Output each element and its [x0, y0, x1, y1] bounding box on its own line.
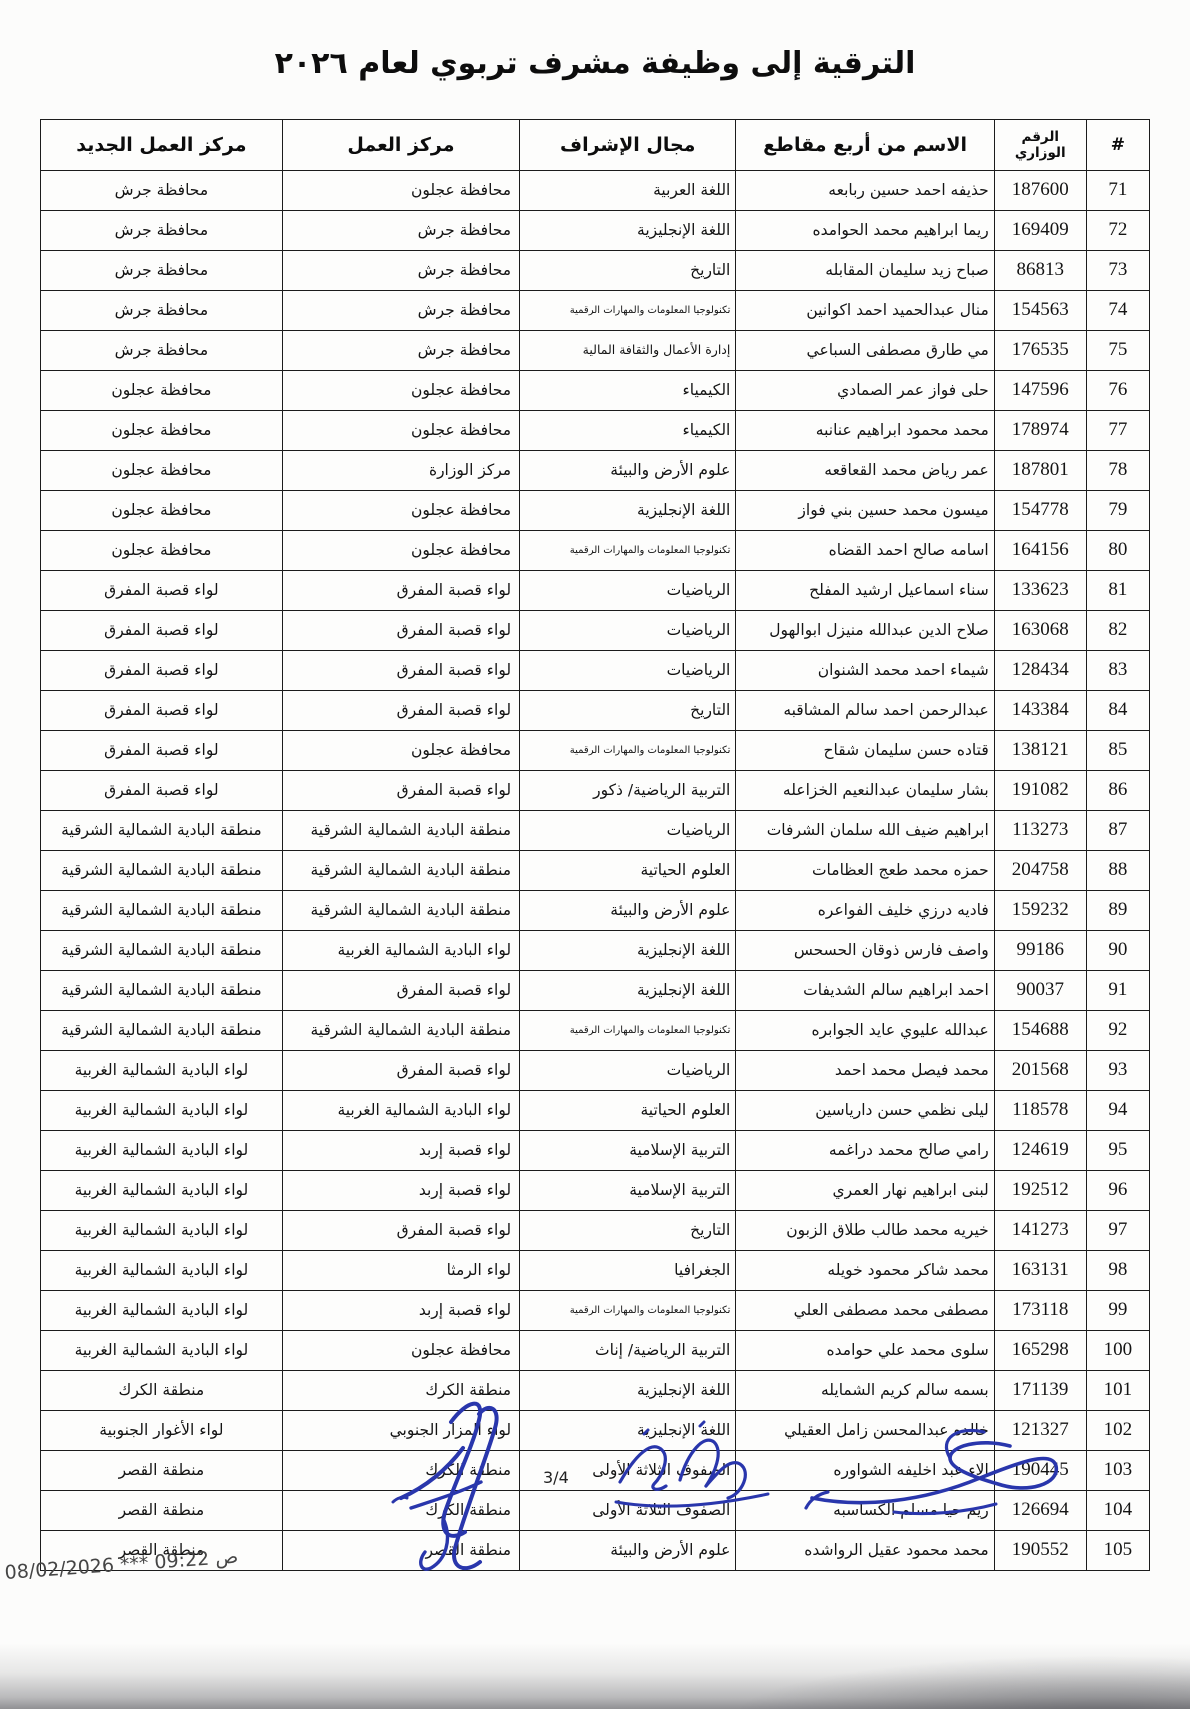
- cell-supervision-field: الرياضيات: [520, 811, 736, 851]
- cell-work-center: منطقة الكرك: [282, 1491, 519, 1531]
- cell-ministry-number: 90037: [994, 971, 1086, 1011]
- cell-work-center: لواء البادية الشمالية الغربية: [282, 931, 519, 971]
- cell-new-work-center: منطقة القصر: [41, 1491, 283, 1531]
- cell-row-number: 89: [1086, 891, 1149, 931]
- cell-ministry-number: 99186: [994, 931, 1086, 971]
- cell-supervision-field: الرياضيات: [520, 571, 736, 611]
- cell-supervision-field: الرياضيات: [520, 611, 736, 651]
- cell-supervision-field: التاريخ: [520, 251, 736, 291]
- table-row: 75 176535 مي طارق مصطفى السباعي إدارة ال…: [41, 331, 1150, 371]
- cell-name: محمد محمود ابراهيم عنانبه: [736, 411, 994, 451]
- table-row: 71 187600 حذيفه احمد حسين ربابعه اللغة ا…: [41, 171, 1150, 211]
- cell-new-work-center: محافظة جرش: [41, 171, 283, 211]
- cell-name: حمزه محمد طعج العظامات: [736, 851, 994, 891]
- cell-work-center: لواء قصبة المفرق: [282, 971, 519, 1011]
- cell-name: لبنى ابراهيم نهار العمري: [736, 1171, 994, 1211]
- cell-ministry-number: 165298: [994, 1331, 1086, 1371]
- cell-name: صلاح الدين عبدالله منيزل ابوالهول: [736, 611, 994, 651]
- cell-supervision-field: الصفوف الثلاثة الأولى: [520, 1451, 736, 1491]
- table-row: 99 173118 مصطفى محمد مصطفى العلي تكنولوج…: [41, 1291, 1150, 1331]
- cell-new-work-center: محافظة جرش: [41, 211, 283, 251]
- cell-new-work-center: لواء قصبة المفرق: [41, 771, 283, 811]
- table-row: 94 118578 ليلى نظمي حسن دارياسين العلوم …: [41, 1091, 1150, 1131]
- cell-supervision-field: اللغة الإنجليزية: [520, 211, 736, 251]
- cell-new-work-center: لواء قصبة المفرق: [41, 691, 283, 731]
- table-row: 96 192512 لبنى ابراهيم نهار العمري الترب…: [41, 1171, 1150, 1211]
- cell-ministry-number: 147596: [994, 371, 1086, 411]
- cell-supervision-field: التاريخ: [520, 691, 736, 731]
- cell-row-number: 77: [1086, 411, 1149, 451]
- cell-new-work-center: لواء قصبة المفرق: [41, 611, 283, 651]
- table-row: 93 201568 محمد فيصل محمد احمد الرياضيات …: [41, 1051, 1150, 1091]
- cell-work-center: محافظة عجلون: [282, 731, 519, 771]
- table-row: 79 154778 ميسون محمد حسين بني فواز اللغة…: [41, 491, 1150, 531]
- table-row: 88 204758 حمزه محمد طعج العظامات العلوم …: [41, 851, 1150, 891]
- cell-ministry-number: 154778: [994, 491, 1086, 531]
- cell-ministry-number: 154688: [994, 1011, 1086, 1051]
- table-row: 105 190552 محمد محمود عقيل الرواشده علوم…: [41, 1531, 1150, 1571]
- table-body: 71 187600 حذيفه احمد حسين ربابعه اللغة ا…: [41, 171, 1150, 1571]
- cell-row-number: 81: [1086, 571, 1149, 611]
- cell-row-number: 74: [1086, 291, 1149, 331]
- cell-ministry-number: 178974: [994, 411, 1086, 451]
- cell-ministry-number: 187801: [994, 451, 1086, 491]
- cell-work-center: محافظة عجلون: [282, 371, 519, 411]
- cell-supervision-field: اللغة العربية: [520, 171, 736, 211]
- cell-supervision-field: اللغة الإنجليزية: [520, 971, 736, 1011]
- cell-supervision-field: تكنولوجيا المعلومات والمهارات الرقمية: [520, 1011, 736, 1051]
- cell-name: صباح زيد سليمان المقابله: [736, 251, 994, 291]
- cell-work-center: منطقة البادية الشمالية الشرقية: [282, 811, 519, 851]
- cell-name: حلى فواز عمر الصمادي: [736, 371, 994, 411]
- cell-work-center: مركز الوزارة: [282, 451, 519, 491]
- header-row: # الرقم الوزاري الاسم من أربع مقاطع مجال…: [41, 120, 1150, 171]
- cell-work-center: لواء قصبة المفرق: [282, 691, 519, 731]
- cell-row-number: 94: [1086, 1091, 1149, 1131]
- cell-name: ريما ابراهيم محمد الحوامده: [736, 211, 994, 251]
- cell-ministry-number: 192512: [994, 1171, 1086, 1211]
- cell-name: منال عبدالحميد احمد اكوانين: [736, 291, 994, 331]
- cell-work-center: لواء الرمثا: [282, 1251, 519, 1291]
- cell-ministry-number: 164156: [994, 531, 1086, 571]
- cell-name: ليلى نظمي حسن دارياسين: [736, 1091, 994, 1131]
- table-row: 101 171139 بسمه سالم كريم الشمايله اللغة…: [41, 1371, 1150, 1411]
- cell-supervision-field: علوم الأرض والبيئة: [520, 1531, 736, 1571]
- cell-work-center: لواء قصبة المفرق: [282, 651, 519, 691]
- cell-name: الاء عبد اخليفه الشواوره: [736, 1451, 994, 1491]
- cell-row-number: 79: [1086, 491, 1149, 531]
- cell-new-work-center: محافظة عجلون: [41, 411, 283, 451]
- cell-work-center: محافظة عجلون: [282, 1331, 519, 1371]
- cell-name: عمر رياض محمد القعاقعه: [736, 451, 994, 491]
- table-row: 104 126694 ريم حيا مسلم الكساسبه الصفوف …: [41, 1491, 1150, 1531]
- cell-work-center: محافظة جرش: [282, 251, 519, 291]
- cell-name: خالده عبدالمحسن زامل العقيلي: [736, 1411, 994, 1451]
- table-row: 103 190445 الاء عبد اخليفه الشواوره الصف…: [41, 1451, 1150, 1491]
- cell-row-number: 76: [1086, 371, 1149, 411]
- cell-name: محمد شاكر محمود خويله: [736, 1251, 994, 1291]
- cell-ministry-number: 187600: [994, 171, 1086, 211]
- cell-ministry-number: 121327: [994, 1411, 1086, 1451]
- cell-work-center: لواء قصبة المفرق: [282, 611, 519, 651]
- cell-ministry-number: 118578: [994, 1091, 1086, 1131]
- cell-work-center: لواء المزار الجنوبي: [282, 1411, 519, 1451]
- cell-name: شيماء احمد محمد الشنوان: [736, 651, 994, 691]
- cell-row-number: 82: [1086, 611, 1149, 651]
- cell-new-work-center: محافظة عجلون: [41, 371, 283, 411]
- cell-row-number: 86: [1086, 771, 1149, 811]
- cell-work-center: منطقة البادية الشمالية الشرقية: [282, 1011, 519, 1051]
- cell-new-work-center: منطقة البادية الشمالية الشرقية: [41, 931, 283, 971]
- cell-ministry-number: 190552: [994, 1531, 1086, 1571]
- cell-row-number: 84: [1086, 691, 1149, 731]
- cell-supervision-field: تكنولوجيا المعلومات والمهارات الرقمية: [520, 291, 736, 331]
- cell-supervision-field: اللغة الإنجليزية: [520, 1371, 736, 1411]
- cell-supervision-field: تكنولوجيا المعلومات والمهارات الرقمية: [520, 531, 736, 571]
- cell-work-center: محافظة جرش: [282, 211, 519, 251]
- cell-new-work-center: محافظة عجلون: [41, 451, 283, 491]
- table-row: 74 154563 منال عبدالحميد احمد اكوانين تك…: [41, 291, 1150, 331]
- cell-ministry-number: 190445: [994, 1451, 1086, 1491]
- cell-ministry-number: 191082: [994, 771, 1086, 811]
- cell-work-center: محافظة عجلون: [282, 171, 519, 211]
- cell-supervision-field: التربية الرياضية/ إناث: [520, 1331, 736, 1371]
- cell-name: ريم حيا مسلم الكساسبه: [736, 1491, 994, 1531]
- cell-work-center: منطقة الكرك: [282, 1451, 519, 1491]
- cell-supervision-field: التربية الإسلامية: [520, 1131, 736, 1171]
- cell-work-center: لواء قصبة المفرق: [282, 1211, 519, 1251]
- cell-row-number: 75: [1086, 331, 1149, 371]
- cell-new-work-center: لواء قصبة المفرق: [41, 571, 283, 611]
- cell-supervision-field: الكيمياء: [520, 411, 736, 451]
- cell-supervision-field: إدارة الأعمال والثقافة المالية: [520, 331, 736, 371]
- cell-supervision-field: التاريخ: [520, 1211, 736, 1251]
- cell-row-number: 92: [1086, 1011, 1149, 1051]
- cell-new-work-center: منطقة البادية الشمالية الشرقية: [41, 851, 283, 891]
- cell-supervision-field: الرياضيات: [520, 651, 736, 691]
- cell-name: محمد فيصل محمد احمد: [736, 1051, 994, 1091]
- cell-new-work-center: لواء قصبة المفرق: [41, 731, 283, 771]
- header-row-number: #: [1086, 120, 1149, 171]
- cell-new-work-center: لواء الأغوار الجنوبية: [41, 1411, 283, 1451]
- cell-row-number: 73: [1086, 251, 1149, 291]
- table-row: 80 164156 اسامه صالح احمد القضاه تكنولوج…: [41, 531, 1150, 571]
- cell-new-work-center: محافظة جرش: [41, 291, 283, 331]
- cell-row-number: 103: [1086, 1451, 1149, 1491]
- cell-name: احمد ابراهيم سالم الشديفات: [736, 971, 994, 1011]
- table-row: 102 121327 خالده عبدالمحسن زامل العقيلي …: [41, 1411, 1150, 1451]
- cell-work-center: محافظة جرش: [282, 331, 519, 371]
- cell-name: قتاده حسن سليمان شقاح: [736, 731, 994, 771]
- cell-supervision-field: علوم الأرض والبيئة: [520, 451, 736, 491]
- cell-ministry-number: 163068: [994, 611, 1086, 651]
- cell-name: ابراهيم ضيف الله سلمان الشرفات: [736, 811, 994, 851]
- cell-ministry-number: 86813: [994, 251, 1086, 291]
- cell-ministry-number: 126694: [994, 1491, 1086, 1531]
- cell-row-number: 85: [1086, 731, 1149, 771]
- header-name: الاسم من أربع مقاطع: [736, 120, 994, 171]
- cell-supervision-field: التربية الإسلامية: [520, 1171, 736, 1211]
- table-row: 85 138121 قتاده حسن سليمان شقاح تكنولوجي…: [41, 731, 1150, 771]
- cell-name: فاديه درزي خليف الفواعره: [736, 891, 994, 931]
- cell-supervision-field: تكنولوجيا المعلومات والمهارات الرقمية: [520, 1291, 736, 1331]
- cell-row-number: 91: [1086, 971, 1149, 1011]
- cell-row-number: 93: [1086, 1051, 1149, 1091]
- cell-row-number: 90: [1086, 931, 1149, 971]
- cell-ministry-number: 169409: [994, 211, 1086, 251]
- cell-row-number: 87: [1086, 811, 1149, 851]
- cell-new-work-center: لواء البادية الشمالية الغربية: [41, 1331, 283, 1371]
- cell-name: محمد محمود عقيل الرواشده: [736, 1531, 994, 1571]
- header-supervision-field: مجال الإشراف: [520, 120, 736, 171]
- table-row: 72 169409 ريما ابراهيم محمد الحوامده الل…: [41, 211, 1150, 251]
- cell-new-work-center: منطقة البادية الشمالية الشرقية: [41, 971, 283, 1011]
- cell-supervision-field: اللغة الإنجليزية: [520, 1411, 736, 1451]
- cell-new-work-center: منطقة القصر: [41, 1531, 283, 1571]
- cell-work-center: لواء قصبة إربد: [282, 1131, 519, 1171]
- cell-new-work-center: لواء البادية الشمالية الغربية: [41, 1291, 283, 1331]
- cell-name: سناء اسماعيل ارشيد المفلح: [736, 571, 994, 611]
- table-row: 91 90037 احمد ابراهيم سالم الشديفات اللغ…: [41, 971, 1150, 1011]
- cell-new-work-center: منطقة البادية الشمالية الشرقية: [41, 1011, 283, 1051]
- cell-ministry-number: 204758: [994, 851, 1086, 891]
- header-work-center: مركز العمل: [282, 120, 519, 171]
- cell-row-number: 97: [1086, 1211, 1149, 1251]
- cell-new-work-center: منطقة البادية الشمالية الشرقية: [41, 811, 283, 851]
- cell-new-work-center: لواء البادية الشمالية الغربية: [41, 1051, 283, 1091]
- table-row: 87 113273 ابراهيم ضيف الله سلمان الشرفات…: [41, 811, 1150, 851]
- table-row: 83 128434 شيماء احمد محمد الشنوان الرياض…: [41, 651, 1150, 691]
- cell-new-work-center: منطقة الكرك: [41, 1371, 283, 1411]
- cell-supervision-field: الكيمياء: [520, 371, 736, 411]
- cell-name: اسامه صالح احمد القضاه: [736, 531, 994, 571]
- cell-work-center: محافظة عجلون: [282, 411, 519, 451]
- cell-new-work-center: لواء البادية الشمالية الغربية: [41, 1251, 283, 1291]
- cell-ministry-number: 201568: [994, 1051, 1086, 1091]
- header-new-work-center: مركز العمل الجديد: [41, 120, 283, 171]
- cell-row-number: 104: [1086, 1491, 1149, 1531]
- cell-supervision-field: اللغة الإنجليزية: [520, 491, 736, 531]
- table-row: 73 86813 صباح زيد سليمان المقابله التاري…: [41, 251, 1150, 291]
- cell-ministry-number: 138121: [994, 731, 1086, 771]
- cell-supervision-field: الجغرافيا: [520, 1251, 736, 1291]
- cell-row-number: 102: [1086, 1411, 1149, 1451]
- table-row: 100 165298 سلوى محمد علي حوامده التربية …: [41, 1331, 1150, 1371]
- cell-ministry-number: 159232: [994, 891, 1086, 931]
- cell-row-number: 88: [1086, 851, 1149, 891]
- table-row: 98 163131 محمد شاكر محمود خويله الجغرافي…: [41, 1251, 1150, 1291]
- cell-work-center: منطقة البادية الشمالية الشرقية: [282, 851, 519, 891]
- cell-row-number: 98: [1086, 1251, 1149, 1291]
- cell-row-number: 96: [1086, 1171, 1149, 1211]
- cell-work-center: لواء قصبة إربد: [282, 1291, 519, 1331]
- cell-new-work-center: محافظة جرش: [41, 251, 283, 291]
- cell-name: رامي صالح محمد دراغمه: [736, 1131, 994, 1171]
- cell-name: خيريه محمد طالب طلاق الزبون: [736, 1211, 994, 1251]
- cell-name: بشار سليمان عبدالنعيم الخزاعله: [736, 771, 994, 811]
- table-row: 86 191082 بشار سليمان عبدالنعيم الخزاعله…: [41, 771, 1150, 811]
- cell-ministry-number: 133623: [994, 571, 1086, 611]
- cell-work-center: منطقة القصر: [282, 1531, 519, 1571]
- table-row: 95 124619 رامي صالح محمد دراغمه التربية …: [41, 1131, 1150, 1171]
- cell-supervision-field: العلوم الحياتية: [520, 851, 736, 891]
- page-title: الترقية إلى وظيفة مشرف تربوي لعام ٢٠٢٦: [40, 46, 1150, 81]
- cell-row-number: 105: [1086, 1531, 1149, 1571]
- cell-row-number: 78: [1086, 451, 1149, 491]
- cell-supervision-field: الصفوف الثلاثة الأولى: [520, 1491, 736, 1531]
- cell-work-center: لواء قصبة إربد: [282, 1171, 519, 1211]
- cell-supervision-field: تكنولوجيا المعلومات والمهارات الرقمية: [520, 731, 736, 771]
- table-row: 78 187801 عمر رياض محمد القعاقعه علوم ال…: [41, 451, 1150, 491]
- cell-ministry-number: 176535: [994, 331, 1086, 371]
- cell-work-center: منطقة الكرك: [282, 1371, 519, 1411]
- cell-row-number: 99: [1086, 1291, 1149, 1331]
- cell-row-number: 71: [1086, 171, 1149, 211]
- cell-row-number: 80: [1086, 531, 1149, 571]
- cell-supervision-field: علوم الأرض والبيئة: [520, 891, 736, 931]
- cell-row-number: 100: [1086, 1331, 1149, 1371]
- cell-work-center: لواء قصبة المفرق: [282, 771, 519, 811]
- table-row: 92 154688 عبدالله عليوي عايد الجوابره تك…: [41, 1011, 1150, 1051]
- cell-new-work-center: لواء البادية الشمالية الغربية: [41, 1211, 283, 1251]
- cell-new-work-center: لواء البادية الشمالية الغربية: [41, 1171, 283, 1211]
- table-row: 81 133623 سناء اسماعيل ارشيد المفلح الري…: [41, 571, 1150, 611]
- cell-name: مصطفى محمد مصطفى العلي: [736, 1291, 994, 1331]
- cell-ministry-number: 154563: [994, 291, 1086, 331]
- cell-supervision-field: الرياضيات: [520, 1051, 736, 1091]
- table-row: 89 159232 فاديه درزي خليف الفواعره علوم …: [41, 891, 1150, 931]
- cell-name: سلوى محمد علي حوامده: [736, 1331, 994, 1371]
- cell-supervision-field: اللغة الإنجليزية: [520, 931, 736, 971]
- cell-new-work-center: محافظة عجلون: [41, 491, 283, 531]
- scan-corner-shadow: [730, 1655, 1190, 1709]
- cell-name: حذيفه احمد حسين ربابعه: [736, 171, 994, 211]
- cell-work-center: لواء قصبة المفرق: [282, 571, 519, 611]
- cell-ministry-number: 113273: [994, 811, 1086, 851]
- table-row: 82 163068 صلاح الدين عبدالله منيزل ابوال…: [41, 611, 1150, 651]
- cell-work-center: منطقة البادية الشمالية الشرقية: [282, 891, 519, 931]
- cell-ministry-number: 173118: [994, 1291, 1086, 1331]
- cell-name: عبدالرحمن احمد سالم المشاقبه: [736, 691, 994, 731]
- cell-row-number: 95: [1086, 1131, 1149, 1171]
- cell-work-center: محافظة عجلون: [282, 531, 519, 571]
- cell-work-center: محافظة عجلون: [282, 491, 519, 531]
- cell-ministry-number: 128434: [994, 651, 1086, 691]
- header-ministry-number: الرقم الوزاري: [994, 120, 1086, 171]
- cell-name: مي طارق مصطفى السباعي: [736, 331, 994, 371]
- cell-new-work-center: محافظة جرش: [41, 331, 283, 371]
- cell-name: ميسون محمد حسين بني فواز: [736, 491, 994, 531]
- cell-new-work-center: لواء البادية الشمالية الغربية: [41, 1091, 283, 1131]
- table-row: 97 141273 خيريه محمد طالب طلاق الزبون ال…: [41, 1211, 1150, 1251]
- cell-name: واصف فارس ذوقان الحسحس: [736, 931, 994, 971]
- cell-ministry-number: 141273: [994, 1211, 1086, 1251]
- cell-row-number: 83: [1086, 651, 1149, 691]
- cell-work-center: لواء البادية الشمالية الغربية: [282, 1091, 519, 1131]
- cell-work-center: محافظة جرش: [282, 291, 519, 331]
- cell-row-number: 101: [1086, 1371, 1149, 1411]
- table-row: 76 147596 حلى فواز عمر الصمادي الكيمياء …: [41, 371, 1150, 411]
- cell-ministry-number: 163131: [994, 1251, 1086, 1291]
- cell-row-number: 72: [1086, 211, 1149, 251]
- cell-ministry-number: 124619: [994, 1131, 1086, 1171]
- cell-work-center: لواء قصبة المفرق: [282, 1051, 519, 1091]
- table-row: 77 178974 محمد محمود ابراهيم عنانبه الكي…: [41, 411, 1150, 451]
- cell-new-work-center: منطقة القصر: [41, 1451, 283, 1491]
- cell-new-work-center: لواء البادية الشمالية الغربية: [41, 1131, 283, 1171]
- cell-supervision-field: العلوم الحياتية: [520, 1091, 736, 1131]
- cell-ministry-number: 171139: [994, 1371, 1086, 1411]
- table-row: 90 99186 واصف فارس ذوقان الحسحس اللغة ال…: [41, 931, 1150, 971]
- cell-name: بسمه سالم كريم الشمايله: [736, 1371, 994, 1411]
- cell-new-work-center: محافظة عجلون: [41, 531, 283, 571]
- cell-ministry-number: 143384: [994, 691, 1086, 731]
- promotion-table: # الرقم الوزاري الاسم من أربع مقاطع مجال…: [40, 119, 1150, 1571]
- cell-supervision-field: التربية الرياضية/ ذكور: [520, 771, 736, 811]
- cell-new-work-center: لواء قصبة المفرق: [41, 651, 283, 691]
- cell-new-work-center: منطقة البادية الشمالية الشرقية: [41, 891, 283, 931]
- cell-name: عبدالله عليوي عايد الجوابره: [736, 1011, 994, 1051]
- table-row: 84 143384 عبدالرحمن احمد سالم المشاقبه ا…: [41, 691, 1150, 731]
